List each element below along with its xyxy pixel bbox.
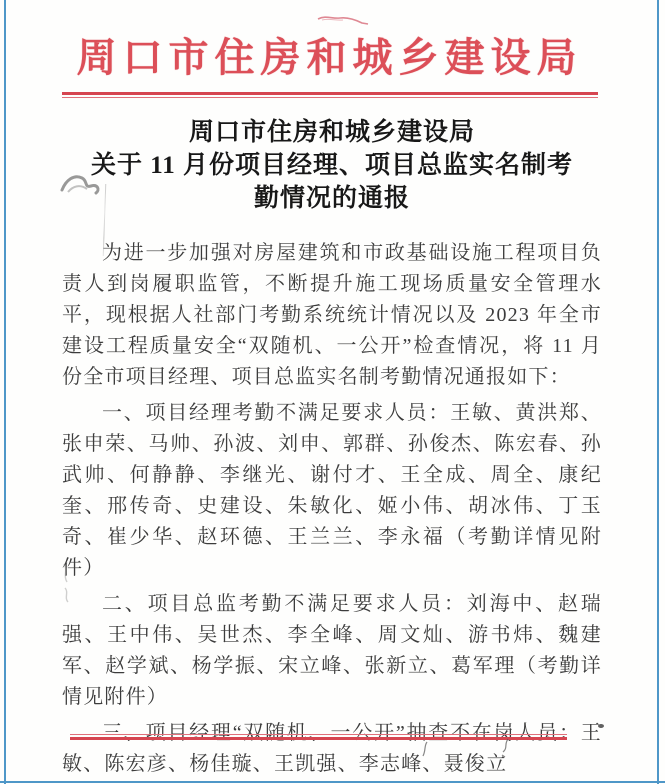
title-line-2: 关于 11 月份项目经理、项目总监实名制考	[62, 149, 602, 182]
scan-border-left	[4, 0, 6, 784]
body-paragraph-section-3: 三、项目经理“双随机、一公开”抽查不在岗人员：王敏、陈宏彦、杨佳璇、王凯强、李志…	[62, 718, 602, 780]
scan-border-right	[657, 0, 659, 784]
body-paragraph-section-2: 二、项目总监考勤不满足要求人员：刘海中、赵瑞强、王中伟、吴世杰、李全峰、周文灿、…	[62, 589, 602, 713]
title-line-1: 周口市住房和城乡建设局	[62, 116, 602, 149]
title-line-3: 勤情况的通报	[62, 182, 602, 215]
body-paragraph-section-1: 一、项目经理考勤不满足要求人员：王敏、黄洪郑、张申荣、马帅、孙波、刘申、郭群、孙…	[62, 398, 602, 584]
letterhead-title: 周口市住房和城乡建设局	[40, 26, 619, 83]
document-body: 为进一步加强对房屋建筑和市政基础设施工程项目负责人到岗履职监管，不断提升施工现场…	[62, 238, 602, 784]
body-paragraph-intro: 为进一步加强对房屋建筑和市政基础设施工程项目负责人到岗履职监管，不断提升施工现场…	[62, 238, 602, 393]
letterhead-rule	[62, 92, 598, 100]
scanned-document-page: 周口市住房和城乡建设局 周口市住房和城乡建设局 关于 11 月份项目经理、项目总…	[0, 0, 665, 784]
footer-rule	[70, 734, 567, 743]
document-title: 周口市住房和城乡建设局 关于 11 月份项目经理、项目总监实名制考 勤情况的通报	[62, 116, 602, 215]
